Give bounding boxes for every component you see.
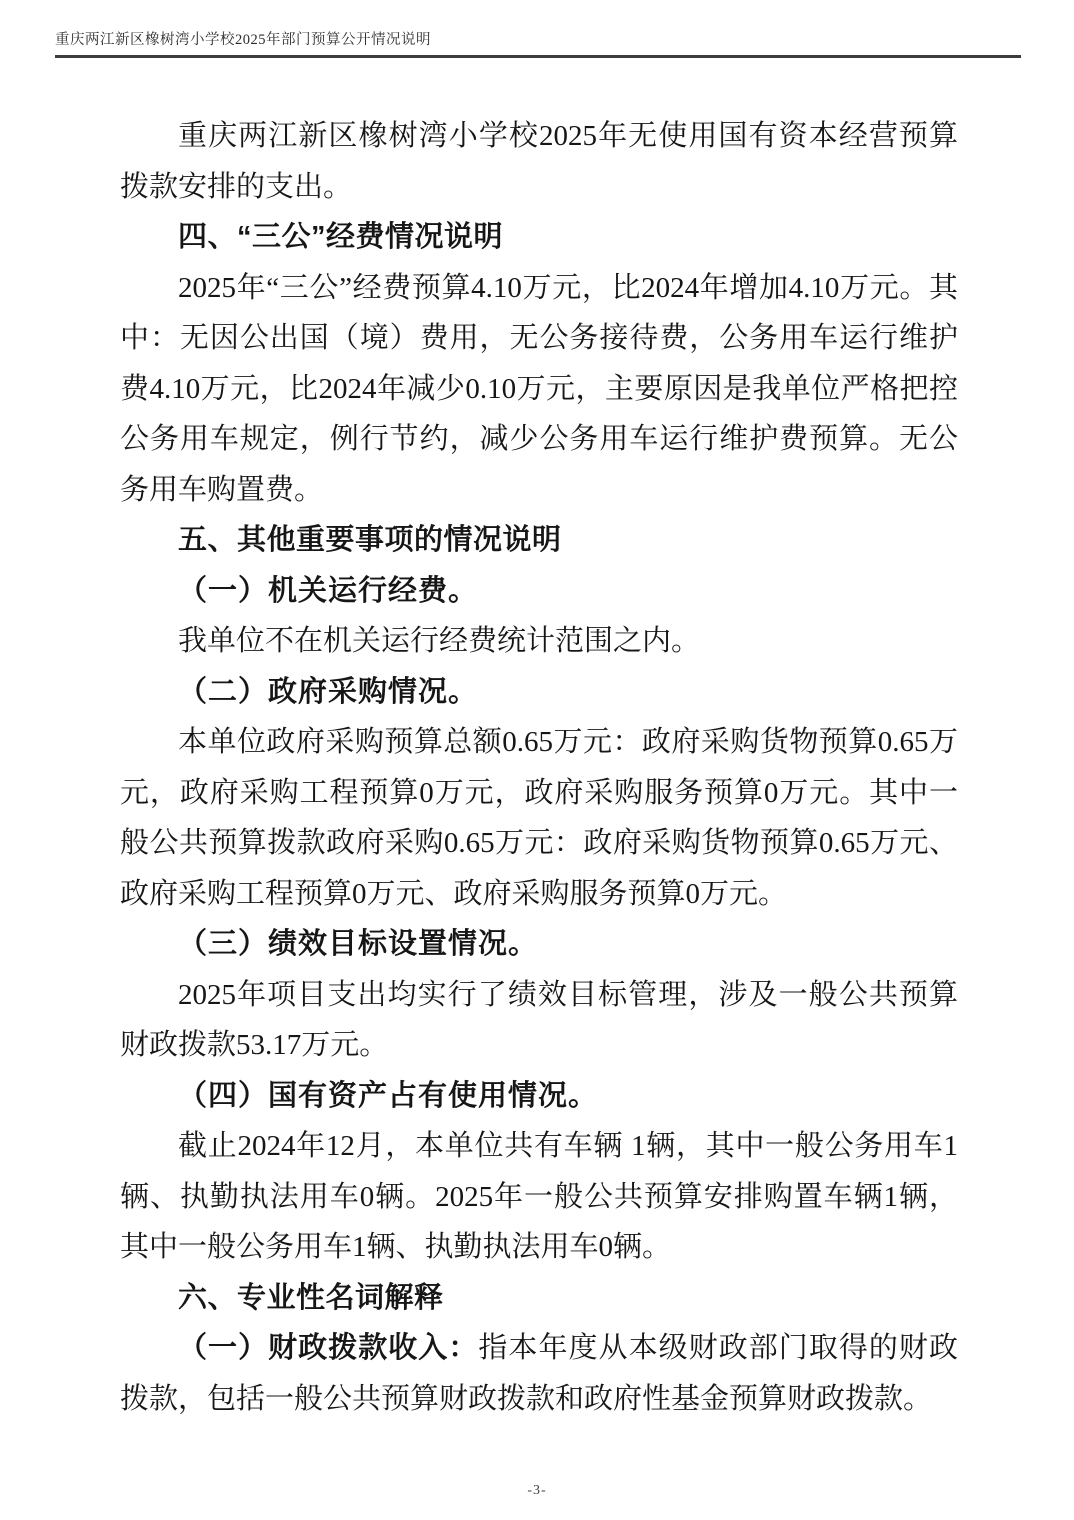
term-lead-fiscal-appropriation-income: （一）财政拨款收入：: [178, 1332, 478, 1364]
paragraph-state-capital-budget: 重庆两江新区橡树湾小学校2025年无使用国有资本经营预算拨款安排的支出。: [120, 111, 958, 212]
paragraph-government-procurement-detail: 本单位政府采购预算总额0.65万元：政府采购货物预算0.65万元，政府采购工程预…: [120, 717, 958, 919]
paragraph-three-public-funds-detail: 2025年“三公”经费预算4.10万元，比2024年增加4.10万元。其中：无因…: [120, 263, 958, 516]
subheading-performance-targets: （三）绩效目标设置情况。: [120, 919, 958, 970]
document-body: 重庆两江新区橡树湾小学校2025年无使用国有资本经营预算拨款安排的支出。 四、“…: [120, 111, 958, 1424]
paragraph-term-fiscal-appropriation-income: （一）财政拨款收入：指本年度从本级财政部门取得的财政拨款，包括一般公共预算财政拨…: [120, 1323, 958, 1424]
page-footer: -3-: [0, 1483, 1074, 1499]
paragraph-agency-operating-expenses-detail: 我单位不在机关运行经费统计范围之内。: [120, 616, 958, 667]
paragraph-state-assets-usage-detail: 截止2024年12月，本单位共有车辆 1辆，其中一般公务用车1辆、执勤执法用车0…: [120, 1121, 958, 1273]
heading-section-five-other-important-matters: 五、其他重要事项的情况说明: [120, 515, 958, 566]
paragraph-performance-targets-detail: 2025年项目支出均实行了绩效目标管理，涉及一般公共预算财政拨款53.17万元。: [120, 970, 958, 1071]
page-number: -3-: [527, 1483, 546, 1498]
header-title: 重庆两江新区橡树湾小学校2025年部门预算公开情况说明: [55, 28, 1021, 49]
subheading-government-procurement: （二）政府采购情况。: [120, 667, 958, 718]
page-header: 重庆两江新区橡树湾小学校2025年部门预算公开情况说明: [55, 28, 1021, 58]
subheading-agency-operating-expenses: （一）机关运行经费。: [120, 566, 958, 617]
heading-section-four-three-public-funds: 四、“三公”经费情况说明: [120, 212, 958, 263]
subheading-state-assets-usage: （四）国有资产占有使用情况。: [120, 1071, 958, 1122]
heading-section-six-terminology: 六、专业性名词解释: [120, 1273, 958, 1324]
document-page: 重庆两江新区橡树湾小学校2025年部门预算公开情况说明 重庆两江新区橡树湾小学校…: [0, 0, 1074, 1520]
